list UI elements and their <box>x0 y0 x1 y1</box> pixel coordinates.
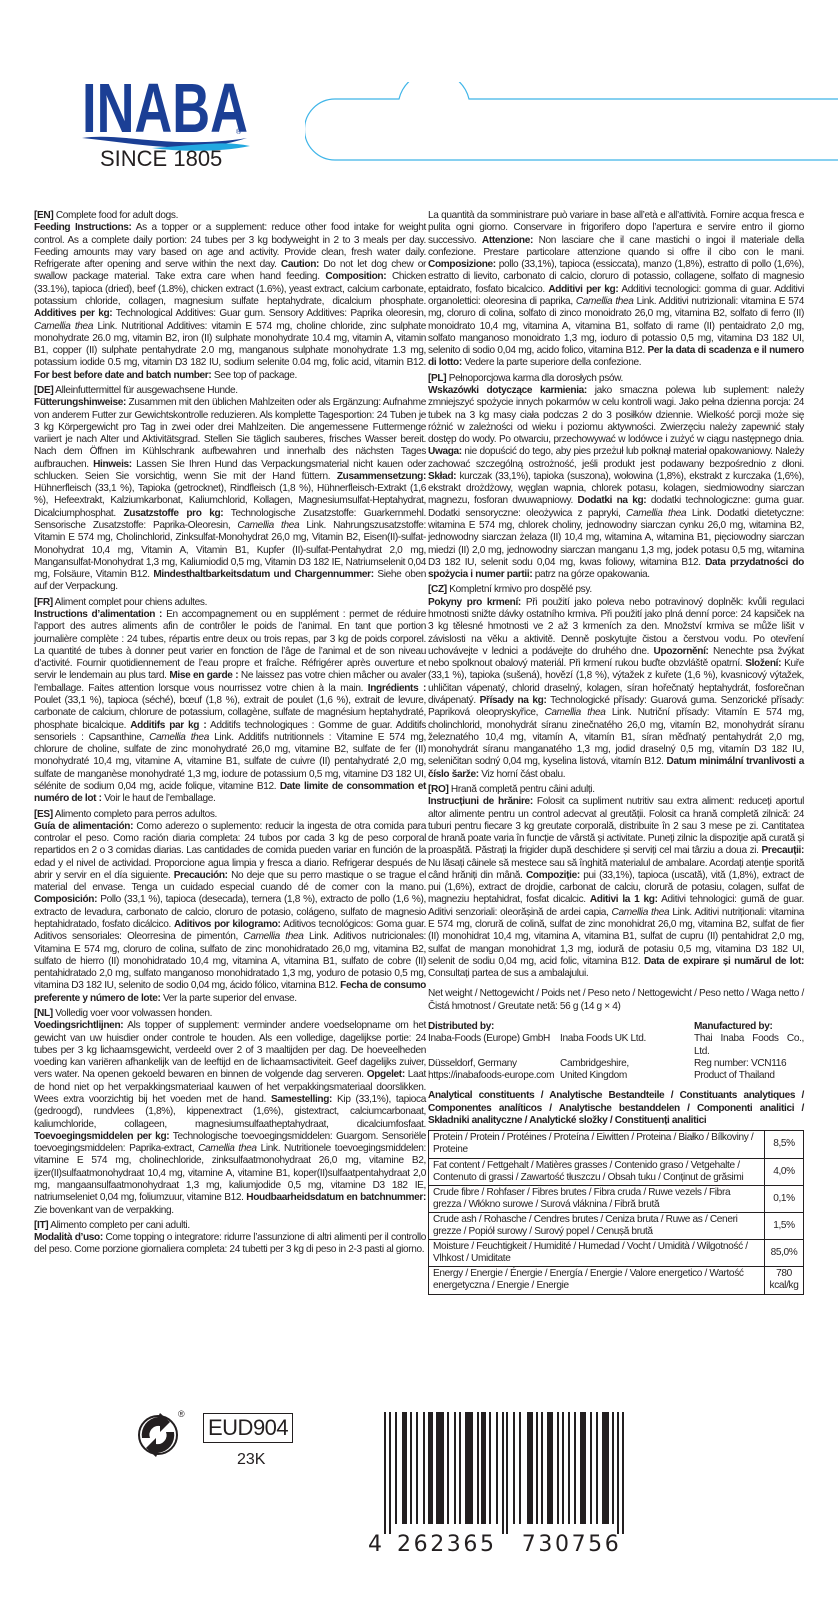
constituent-value: 0,1% <box>765 1185 804 1212</box>
barcode-digits: 262365 730756 <box>397 1532 621 1557</box>
text: See top of package. <box>211 370 297 381</box>
text: patrz na górze opakowania. <box>532 569 649 580</box>
barcode-first-digit: 4 <box>368 1532 383 1557</box>
table-row: Energy / Energie / Énergie / Energía / E… <box>429 1267 804 1294</box>
manufacturer-reg: Reg number: VCN116 <box>694 1058 804 1070</box>
label: Data de expirare și numărul de lot: <box>644 956 804 967</box>
lang-tag-ro: [RO] <box>428 784 448 795</box>
barcode-left-group: 262365 <box>397 1532 497 1557</box>
text: Ver la parte superior del envase. <box>161 993 297 1004</box>
label: Mindesthaltbarkeitsdatum und Chargennumm… <box>153 569 373 580</box>
svg-text:®: ® <box>236 128 242 136</box>
title-it: Alimento completo per cani adulti. <box>48 1220 189 1231</box>
label: Složení: <box>745 658 781 669</box>
manufactured-by-label: Manufactured by: <box>694 1021 804 1033</box>
eud-code-box: EUD904 <box>203 1413 293 1443</box>
label: Toevoegingsmiddelen per kg: <box>34 1131 169 1142</box>
label: Skład: <box>428 471 456 482</box>
constituent-value: 4,0% <box>765 1158 804 1185</box>
label: Additives per kg: <box>34 308 112 319</box>
distributed-by-label: Distributed by: <box>428 1021 560 1033</box>
right-text-column: La quantità da somministrare può variare… <box>428 210 804 1295</box>
uk-distributor-name: Inaba Foods UK Ltd. <box>560 1033 694 1058</box>
label: Modalità d’uso: <box>34 1232 103 1243</box>
barcode-icon <box>384 1412 644 1534</box>
label: Precaución: <box>174 870 228 881</box>
product-origin: Product of Thailand <box>694 1070 804 1082</box>
table-row: Moisture / Feuchtigkeit / Humidité / Hum… <box>429 1240 804 1267</box>
section-it-part2: La quantità da somministrare può variare… <box>428 210 804 370</box>
label: Feeding Instructions: <box>34 222 132 233</box>
title-nl: Volledig voer voor volwassen honden. <box>53 1008 212 1019</box>
label: Voedingsrichtlijnen: <box>34 1020 123 1031</box>
label: Fütterungshinweise: <box>34 397 126 408</box>
label: Samestelling: <box>271 1094 332 1105</box>
text: Technological Additives: Guar gum. Senso… <box>112 308 426 319</box>
svg-text:INABA: INABA <box>82 72 248 147</box>
table-row: Protein / Protein / Protéines / Proteína… <box>429 1131 804 1158</box>
net-weight: Net weight / Nettogewicht / Poids net / … <box>428 988 804 1013</box>
left-text-column: [EN] Complete food for adult dogs. Feedi… <box>34 210 426 1260</box>
label: Mise en garde : <box>169 670 238 681</box>
label: Wskazówki dotyczące karmienia: <box>428 385 587 396</box>
section-it-part1: [IT] Alimento completo per cani adulti. … <box>34 1220 426 1257</box>
title-pl: Pełnoporcjowa karma dla dorosłych psów. <box>446 373 623 384</box>
label: Pokyny pro krmení: <box>428 597 521 608</box>
lang-tag-cz: [CZ] <box>428 584 447 595</box>
label: Hinweis: <box>93 459 132 470</box>
text: Camellia thea <box>34 321 93 332</box>
constituent-value: 780 kcal/kg <box>765 1267 804 1294</box>
label: Instructions d’alimentation : <box>34 609 162 620</box>
constituent-label: Crude ash / Rohasche / Cendres brutes / … <box>429 1212 765 1239</box>
label: Precauții: <box>762 845 805 856</box>
constituent-label: Crude fibre / Rohfaser / Fibres brutes /… <box>429 1185 765 1212</box>
label: Additifs par kg : <box>130 720 206 731</box>
constituent-label: Moisture / Feuchtigkeit / Humidité / Hum… <box>429 1240 765 1267</box>
constituent-label: Protein / Protein / Protéines / Proteína… <box>429 1131 765 1158</box>
label: Additivi per kg: <box>548 284 618 295</box>
text: Voir le haut de l’emballage. <box>102 793 216 804</box>
section-es: [ES] Alimento completo para perros adult… <box>34 809 426 1006</box>
table-row: Crude ash / Rohasche / Cendres brutes / … <box>429 1212 804 1239</box>
label: Composizione: <box>428 259 496 270</box>
label: Attenzione: <box>482 235 533 246</box>
label: Opgelet: <box>367 1069 405 1080</box>
section-de: [DE] Alleinfuttermittel für ausgewachsen… <box>34 385 426 594</box>
label: Přísady na kg: <box>480 695 547 706</box>
section-pl: [PL] Pełnoporcjowa karma dla dorosłych p… <box>428 373 804 582</box>
window-outline-shape <box>305 82 838 164</box>
table-row: Crude fibre / Rohfaser / Fibres brutes /… <box>429 1185 804 1212</box>
label: For best before date and batch number: <box>34 370 211 381</box>
title-fr: Aliment complet pour chiens adultes. <box>53 597 207 608</box>
constituent-label: Fat content / Fettgehalt / Matières gras… <box>429 1158 765 1185</box>
section-ro: [RO] Hrană completă pentru câini adulți.… <box>428 784 804 981</box>
text: Viz horní část obalu. <box>479 769 565 780</box>
label: Aditivi la 1 kg: <box>590 894 658 905</box>
section-fr: [FR] Aliment complet pour chiens adultes… <box>34 597 426 806</box>
section-cz: [CZ] Kompletní krmivo pro dospělé psy. P… <box>428 584 804 781</box>
text: Camellia thea <box>612 907 670 918</box>
section-nl: [NL] Volledig voer voor volwassen honden… <box>34 1008 426 1217</box>
label: Zusatzstoffe pro kg: <box>123 508 223 519</box>
eu-distributor-name: Inaba-Foods (Europe) GmbH <box>428 1033 560 1058</box>
label: Ingrédients : <box>368 683 426 694</box>
eu-distributor-url: https://inabafoods-europe.com <box>428 1070 560 1082</box>
label: Instrucțiuni de hrănire: <box>428 796 533 807</box>
section-en: [EN] Complete food for adult dogs. Feedi… <box>34 210 426 382</box>
label: Composición: <box>34 894 97 905</box>
table-row: Fat content / Fettgehalt / Matières gras… <box>429 1158 804 1185</box>
svg-text:®: ® <box>178 1409 185 1419</box>
text: Consultați partea de sus a ambalajului. <box>428 968 588 979</box>
constituent-label: Energy / Energie / Énergie / Energía / E… <box>429 1267 765 1294</box>
text: Camellia thea <box>237 520 299 531</box>
manufacturer-name: Thai Inaba Foods Co., Ltd. <box>694 1033 804 1058</box>
text: Camellia thea <box>544 707 605 718</box>
text: nie dopuścić do tego, aby pies przeżuł l… <box>428 446 804 469</box>
uk-distributor-region: Cambridgeshire, <box>560 1058 694 1070</box>
eu-distributor-city: Düsseldorf, Germany <box>428 1058 560 1070</box>
analytical-constituents-table: Protein / Protein / Protéines / Proteína… <box>428 1130 804 1294</box>
label: Upozornění: <box>654 646 709 657</box>
constituent-value: 8,5% <box>765 1131 804 1158</box>
text: Camellia thea <box>626 508 686 519</box>
label: Houdbaarheidsdatum en batchnummer: <box>246 1192 426 1203</box>
title-es: Alimento completo para perros adultos. <box>53 809 217 820</box>
title-en: Complete food for adult dogs. <box>53 210 178 221</box>
text: Vedere la parte superiore della confezio… <box>462 357 641 368</box>
text: Camellia thea <box>149 732 209 743</box>
label: Aditivos por kilogramo: <box>174 919 281 930</box>
text: Camellia thea <box>198 1143 257 1154</box>
label: Composition: <box>325 271 386 282</box>
label: Zusammensetzung: <box>337 471 426 482</box>
lang-tag-es: [ES] <box>34 809 53 820</box>
barcode-right-group: 730756 <box>522 1532 622 1557</box>
text: Camellia thea <box>243 931 303 942</box>
title-ro: Hrană completă pentru câini adulți. <box>448 784 594 795</box>
lang-tag-nl: [NL] <box>34 1008 53 1019</box>
label: Compoziție: <box>526 870 580 881</box>
lang-tag-fr: [FR] <box>34 597 53 608</box>
constituent-value: 85,0% <box>765 1240 804 1267</box>
lang-tag-pl: [PL] <box>428 373 446 384</box>
lang-tag-de: [DE] <box>34 385 53 396</box>
title-de: Alleinfuttermittel für ausgewachsene Hun… <box>53 385 237 396</box>
analytical-constituents-title: Analytical constituents / Analytische Be… <box>428 1090 804 1127</box>
uk-distributor-country: United Kingdom <box>560 1070 694 1082</box>
constituent-value: 1,5% <box>765 1212 804 1239</box>
lang-tag-it: [IT] <box>34 1220 48 1231</box>
lang-tag-en: [EN] <box>34 210 53 221</box>
label: Dodatki na kg: <box>578 495 647 506</box>
distribution-info: Distributed by: Manufactured by: Inaba-F… <box>428 1021 804 1082</box>
text: Camellia thea <box>576 296 634 307</box>
label: Guía de alimentación: <box>34 821 133 832</box>
green-dot-icon: ® <box>138 1408 188 1458</box>
text: Zie bovenkant van de verpakking. <box>34 1205 174 1216</box>
batch-code: 23K <box>237 1451 265 1469</box>
since-1805-tagline: SINCE 1805 <box>100 146 222 172</box>
title-cz: Kompletní krmivo pro dospělé psy. <box>447 584 592 595</box>
label: Caution: <box>281 259 319 270</box>
label: Uwaga: <box>428 446 462 457</box>
text: Link. Nutritional Additives: vitamin E 5… <box>34 321 426 369</box>
inaba-wordmark-icon: INABA ® <box>82 72 252 152</box>
